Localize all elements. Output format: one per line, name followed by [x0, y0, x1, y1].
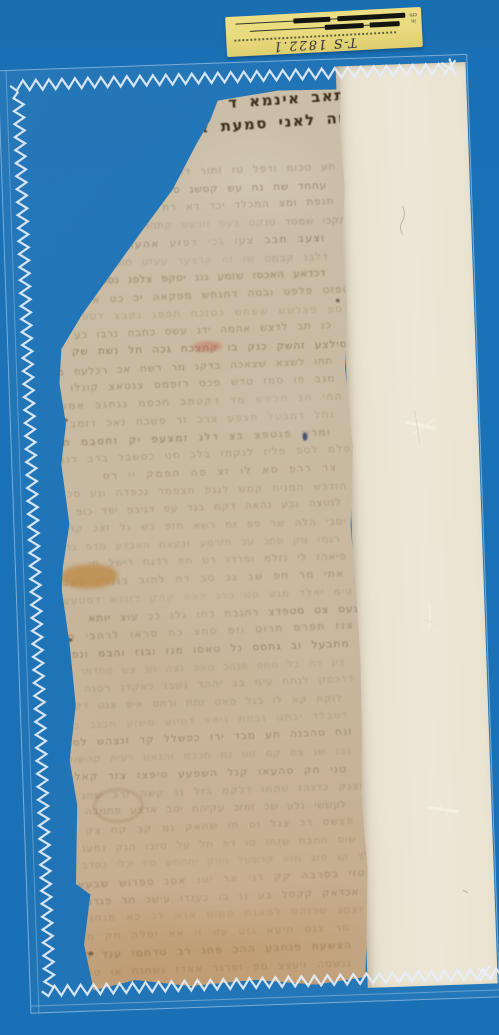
ruler-unit-cm: cm — [406, 11, 420, 18]
ruler-unit-in: in — [406, 17, 420, 24]
blue-ink-dot — [302, 433, 307, 441]
classmark-label: T-S 1822.1 — [238, 32, 391, 56]
genizah-fragment-photograph: T-S 1822.1 in cm וכתאב אינמא ד לוה לאני … — [0, 0, 499, 1035]
ruler-unit-labels: in cm — [406, 11, 421, 24]
scale-ruler: T-S 1822.1 in cm — [225, 7, 423, 57]
conservation-sleeve: וכתאב אינמא ד לוה לאני סמעת א תע טכומ וד… — [0, 54, 499, 1014]
